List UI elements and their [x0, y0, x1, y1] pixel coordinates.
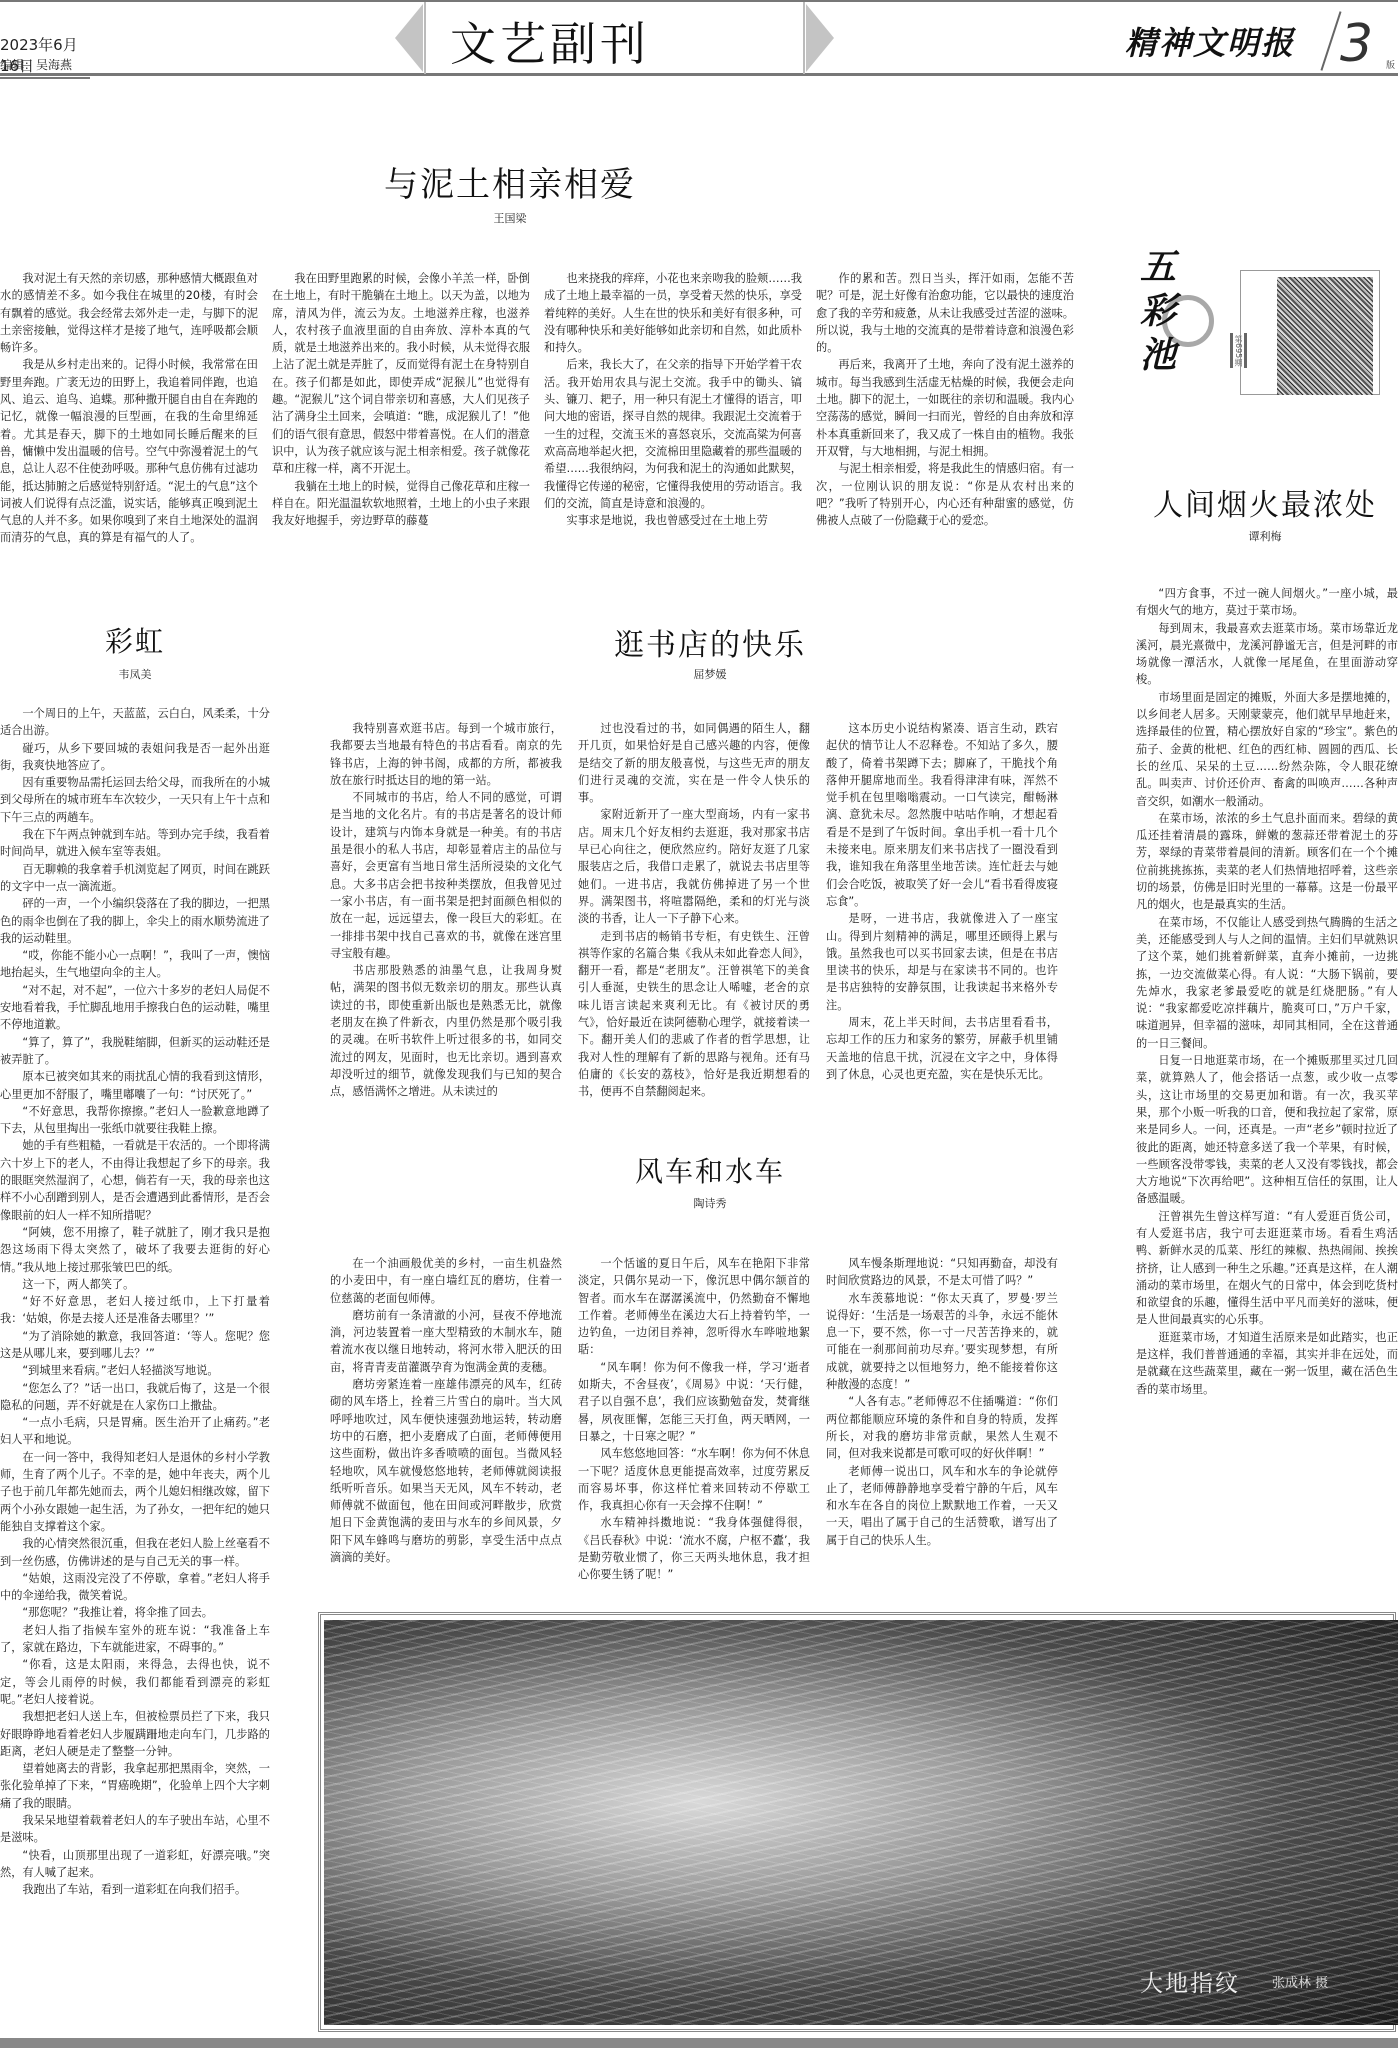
paragraph: 我对泥土有天然的亲切感，那种感情大概跟鱼对水的感情差不多。如今我住在城里的20楼…	[0, 270, 258, 356]
article-author: 陶诗秀	[590, 1195, 830, 1211]
paragraph: “哎，你能不能小心一点啊！”，我叫了一声，懊恼地抬起头，生气地望向伞的主人。	[0, 947, 270, 982]
photo-credit: 张成林 摄	[1272, 1972, 1328, 1991]
paragraph: “您怎么了？”话一出口，我就后悔了，这是一个很隐私的问题，弄不好就是在人家伤口上…	[0, 1380, 270, 1415]
section-title: 文艺副刊	[450, 8, 650, 74]
paragraph: 我跑出了车站，看到一道彩虹在向我们招手。	[0, 1881, 270, 1898]
paragraph: 我是从乡村走出来的。记得小时候，我常常在田野里奔跑。广袤无边的田野上，我追着同伴…	[0, 356, 258, 546]
paragraph: 老师傅一说出口，风车和水车的争论就停止了，老师傅静静地享受着宁静的午后，风车和水…	[826, 1463, 1058, 1549]
paragraph: 后来，我长大了，在父亲的指导下开始学着干农活。我开始用农具与泥土交流。我手中的锄…	[544, 356, 802, 512]
editor-credit: 编辑：吴海燕	[0, 56, 72, 73]
logo-flower-photo	[1277, 277, 1373, 395]
paragraph: 一个恬谧的夏日午后，风车在艳阳下非常淡定，只偶尔晃动一下，像沉思中偶尔颔首的智者…	[578, 1255, 810, 1359]
paragraph: 过也没看过的书，如同偶遇的陌生人，翻开几页，如果恰好是自己感兴趣的内容，便像是结…	[578, 720, 810, 806]
paragraph: 风车悠悠地回答：“水车啊！你为何不休息一下呢？适度休息更能提高效率，过度劳累反而…	[578, 1445, 810, 1514]
article-title: 彩虹	[60, 620, 210, 660]
page-suffix: 版	[1386, 58, 1395, 71]
article-author: 王国梁	[300, 210, 720, 226]
divider	[803, 2, 805, 74]
paragraph: 走到书店的畅销书专柜，有史铁生、汪曾祺等作家的名篇合集《我从未如此眷恋人间》，翻…	[578, 928, 810, 1101]
issue-number: 第695期	[1230, 333, 1247, 368]
paragraph: 实事求是地说，我也曾感受过在土地上劳	[544, 512, 802, 529]
paragraph: 磨坊前有一条清澈的小河，昼夜不停地流淌，河边装置着一座大型精致的木制水车，随着流…	[330, 1307, 562, 1376]
paragraph: 这本历史小说结构紧凑、语言生动，跌宕起伏的情节让人不忍释卷。不知站了多久，腰酸了…	[826, 720, 1058, 910]
article-title: 风车和水车	[590, 1150, 830, 1190]
article-column: 风车慢条斯理地说：“只知再勤奋，却没有时间欣赏路边的风景，不是太可惜了吗？” 水…	[826, 1255, 1058, 1600]
article-author: 屈梦媛	[560, 666, 860, 682]
paragraph: 她的手有些粗糙，一看就是干农活的。一个即将满六十岁上下的老人，不由得让我想起了乡…	[0, 1137, 270, 1223]
paragraph: 我在下午两点钟就到车站。等到办完手续，我看着时间尚早，就进入候车室等表姐。	[0, 826, 270, 861]
paragraph: 碰巧，从乡下要回城的表姐问我是否一起外出逛街，我爽快地答应了。	[0, 740, 270, 775]
newspaper-logo: 精神文明报	[1125, 18, 1295, 64]
paragraph: 在一个油画般优美的乡村，一亩生机盎然的小麦田中，有一座白墙红瓦的磨坊，住着一位慈…	[330, 1255, 562, 1307]
footer-bar	[0, 2038, 1398, 2048]
paragraph: 我特别喜欢逛书店。每到一个城市旅行，我都要去当地最有特色的书店看看。南京的先锋书…	[330, 720, 562, 789]
left-arrow-ornament	[395, 4, 423, 72]
article-title: 与泥土相亲相爱	[300, 157, 720, 206]
divider	[424, 2, 426, 74]
paragraph: 在菜市场，不仅能让人感受到热气腾腾的生活之美，还能感受到人与人之间的温情。主妇们…	[1136, 914, 1398, 1052]
column-name: 五彩池	[1140, 245, 1190, 377]
paragraph: 不同城市的书店，给人不同的感觉，可谓是当地的文化名片。有的书店是著名的设计师设计…	[330, 789, 562, 962]
paragraph: 逛逛菜市场，才知道生活原来是如此踏实，也正是这样，我们普普通通的幸福，其实并非在…	[1136, 1329, 1398, 1398]
page-number: 3	[1340, 14, 1373, 74]
paragraph: “风车啊！你为何不像我一样，学习‘逝者如斯夫，不舍昼夜’，《周易》中说：‘天行健…	[578, 1359, 810, 1445]
article-author: 谭利梅	[1140, 528, 1390, 544]
paragraph: 日复一日地逛菜市场，在一个摊贩那里买过几回菜，就算熟人了，他会搭话一点葱，或少收…	[1136, 1052, 1398, 1208]
paragraph: 家附近新开了一座大型商场，内有一家书店。周末几个好友相约去逛逛，我对那家书店早已…	[578, 806, 810, 927]
article-column: 我特别喜欢逛书店。每到一个城市旅行，我都要去当地最有特色的书店看看。南京的先锋书…	[330, 720, 562, 1140]
paragraph: “算了，算了”，我脱鞋缩脚，但新买的运动鞋还是被弄脏了。	[0, 1034, 270, 1069]
paragraph: 磨坊旁紧连着一座雄伟漂亮的风车，红砖砌的风车塔上，拴着三片雪白的扇叶。当大风呼呼…	[330, 1376, 562, 1566]
paragraph: 我呆呆地望着载着老妇人的车子驶出车站，心里不是滋味。	[0, 1812, 270, 1847]
masthead: 2023年6月16日 编辑：吴海燕 文艺副刊 精神文明报 3 版	[0, 0, 1398, 76]
paragraph: 原本已被突如其来的雨扰乱心情的我看到这情形，心里更加不舒服了，嘴里嘟囔了一句：“…	[0, 1068, 270, 1103]
article-author: 韦凤美	[60, 666, 210, 682]
article-column: 我在田野里跑累的时候，会像小羊羔一样，卧倒在土地上，有时干脆躺在土地上。以天为盖…	[272, 270, 530, 570]
article-column: 在一个油画般优美的乡村，一亩生机盎然的小麦田中，有一座白墙红瓦的磨坊，住着一位慈…	[330, 1255, 562, 1600]
paragraph: “快看，山顶那里出现了一道彩虹，好漂亮哦。”突然，有人喊了起来。	[0, 1847, 270, 1882]
paragraph: 作的累和苦。烈日当头，挥汗如雨，怎能不苦呢？可是，泥土好像有治愈功能，它以最快的…	[816, 270, 1074, 356]
article-column: 作的累和苦。烈日当头，挥汗如雨，怎能不苦呢？可是，泥土好像有治愈功能，它以最快的…	[816, 270, 1074, 570]
article-title: 逛书店的快乐	[560, 620, 860, 664]
right-arrow-ornament	[806, 4, 834, 72]
paragraph: “到城里来看病。”老妇人轻描淡写地说。	[0, 1362, 270, 1379]
paragraph: 我躺在土地上的时候，觉得自己像花草和庄稼一样自在。阳光温温软软地照着，土地上的小…	[272, 478, 530, 530]
paragraph: 汪曾祺先生曾这样写道：“有人爱逛百货公司，有人爱逛书店，我宁可去逛逛菜市场。看看…	[1136, 1208, 1398, 1329]
paragraph: “人各有志。”老师傅忍不住插嘴道：“你们两位都能顺应环境的条件和自身的特质，发挥…	[826, 1393, 1058, 1462]
paragraph: 在一问一答中，我得知老妇人是退休的乡村小学教师，生育了两个儿子。不幸的是，她中年…	[0, 1449, 270, 1535]
paragraph: 一个周日的上午，天蓝蓝，云白白，风柔柔，十分适合出游。	[0, 705, 270, 740]
paragraph: “那您呢？”我推让着，将伞推了回去。	[0, 1604, 270, 1621]
photo-caption: 大地指纹	[1140, 1965, 1240, 1998]
paragraph: 与泥土相亲相爱，将是我此生的情感归宿。有一次，一位刚认识的朋友说：“你是从农村出…	[816, 460, 1074, 529]
slash-divider	[1320, 11, 1341, 71]
paragraph: 市场里面是固定的摊贩，外面大多是摆地摊的，以乡间老人居多。天刚蒙蒙亮，他们就早早…	[1136, 689, 1398, 810]
paragraph: “姑娘，这雨没完没了不停歇，拿着。”老妇人将手中的伞递给我，微笑着说。	[0, 1570, 270, 1605]
paragraph: “对不起，对不起”，一位六十多岁的老妇人局促不安地看着我，手忙脚乱地用手擦我白色…	[0, 982, 270, 1034]
article-column: 过也没看过的书，如同偶遇的陌生人，翻开几页，如果恰好是自己感兴趣的内容，便像是结…	[578, 720, 810, 1140]
paragraph: 在菜市场，浓浓的乡土气息扑面而来。碧绿的黄瓜还挂着清晨的露珠，鲜嫩的葱蒜还带着泥…	[1136, 810, 1398, 914]
paragraph: “阿姨，您不用擦了，鞋子就脏了，刚才我只是抱怨这场雨下得太突然了，破坏了我要去逛…	[0, 1224, 270, 1276]
paragraph: 风车慢条斯理地说：“只知再勤奋，却没有时间欣赏路边的风景，不是太可惜了吗？”	[826, 1255, 1058, 1290]
paragraph: 也来挠我的痒痒，小花也来亲吻我的脸颊……我成了土地上最幸福的一员，享受着天然的快…	[544, 270, 802, 356]
paragraph: “四方食事，不过一碗人间烟火。”一座小城，最有烟火气的地方，莫过于菜市场。	[1136, 585, 1398, 620]
article-column: 也来挠我的痒痒，小花也来亲吻我的脸颊……我成了土地上最幸福的一员，享受着天然的快…	[544, 270, 802, 570]
paragraph: 水车羡慕地说：“你太天真了，罗曼·罗兰说得好：‘生活是一场艰苦的斗争，永远不能休…	[826, 1290, 1058, 1394]
paragraph: 望着她离去的背影，我拿起那把黑雨伞，突然，一张化验单掉了下来，“胃癌晚期”，化验…	[0, 1760, 270, 1812]
paragraph: 老妇人指了指候车室外的班车说：“我准备上车了，家就在路边，下车就能进家，不碍事的…	[0, 1622, 270, 1657]
column-logo-wucaichi: 五彩池 第695期	[1140, 245, 1380, 405]
paragraph: “你看，这是太阳雨，来得急，去得也快，说不定，等会儿雨停的时候，我们都能看到漂亮…	[0, 1656, 270, 1708]
paragraph: “好不好意思，老妇人接过纸巾，上下打量着我：‘姑娘，你是去接人还是准备去哪里？’…	[0, 1293, 270, 1328]
paragraph: 再后来，我离开了土地，奔向了没有泥土滋养的城市。每当我感到生活虚无枯燥的时候，我…	[816, 356, 1074, 460]
article-column: 一个恬谧的夏日午后，风车在艳阳下非常淡定，只偶尔晃动一下，像沉思中偶尔颔首的智者…	[578, 1255, 810, 1600]
paragraph: “不好意思，我帮你擦擦。”老妇人一脸歉意地蹲了下去，从包里掏出一张纸巾就要往我鞋…	[0, 1103, 270, 1138]
paragraph: 这一下，两人都笑了。	[0, 1276, 270, 1293]
paragraph: 百无聊赖的我拿着手机浏览起了网页，时间在跳跃的文字中一点一滴流逝。	[0, 861, 270, 896]
paragraph: 是呀，一进书店，我就像进入了一座宝山。得到片刻精神的满足，哪里还顾得上累与饿。虽…	[826, 910, 1058, 1014]
article-column: 一个周日的上午，天蓝蓝，云白白，风柔柔，十分适合出游。 碰巧，从乡下要回城的表姐…	[0, 705, 270, 2035]
article-column: “四方食事，不过一碗人间烟火。”一座小城，最有烟火气的地方，莫过于菜市场。 每到…	[1136, 585, 1398, 1585]
paragraph: 因有重要物品需托运回去给父母，而我所在的小城到父母所在的城市班车车次较少，一天只…	[0, 774, 270, 826]
paragraph: “一点小毛病，只是胃痛。医生治开了止痛药。”老妇人平和地说。	[0, 1414, 270, 1449]
paragraph: 每到周末，我最喜欢去逛菜市场。菜市场靠近龙溪河，晨光熹微中，龙溪河静谧无言，但是…	[1136, 620, 1398, 689]
paragraph: 我在田野里跑累的时候，会像小羊羔一样，卧倒在土地上，有时干脆躺在土地上。以天为盖…	[272, 270, 530, 478]
article-column: 我对泥土有天然的亲切感，那种感情大概跟鱼对水的感情差不多。如今我住在城里的20楼…	[0, 270, 258, 570]
paragraph: “为了消除她的歉意，我回答道：‘等人。您呢？您这是从哪儿来，要到哪儿去？’”	[0, 1328, 270, 1363]
paragraph: 我的心情突然很沉重，但我在老妇人脸上丝毫看不到一丝伤感，仿佛讲述的是与自己无关的…	[0, 1535, 270, 1570]
article-column: 这本历史小说结构紧凑、语言生动，跌宕起伏的情节让人不忍释卷。不知站了多久，腰酸了…	[826, 720, 1058, 1140]
paragraph: 我想把老妇人送上车，但被检票员拦了下来，我只好眼睁睁地看着老妇人步履蹒跚地走向车…	[0, 1708, 270, 1760]
paragraph: 砰的一声，一个小编织袋落在了我的脚边，一把黑色的雨伞也倒在了我的脚上，伞尖上的雨…	[0, 895, 270, 947]
paragraph: 周末，花上半天时间，去书店里看看书，忘却工作的压力和家务的繁劳，屏蔽手机里铺天盖…	[826, 1014, 1058, 1083]
article-title: 人间烟火最浓处	[1140, 480, 1390, 524]
paragraph: 水车精神抖擞地说：“我身体强健得很，《吕氏春秋》中说：‘流水不腐，户枢不蠹’，我…	[578, 1514, 810, 1583]
paragraph: 书店那股熟悉的油墨气息，让我周身熨帖，满架的图书似无数亲切的朋友。那些认真读过的…	[330, 962, 562, 1100]
